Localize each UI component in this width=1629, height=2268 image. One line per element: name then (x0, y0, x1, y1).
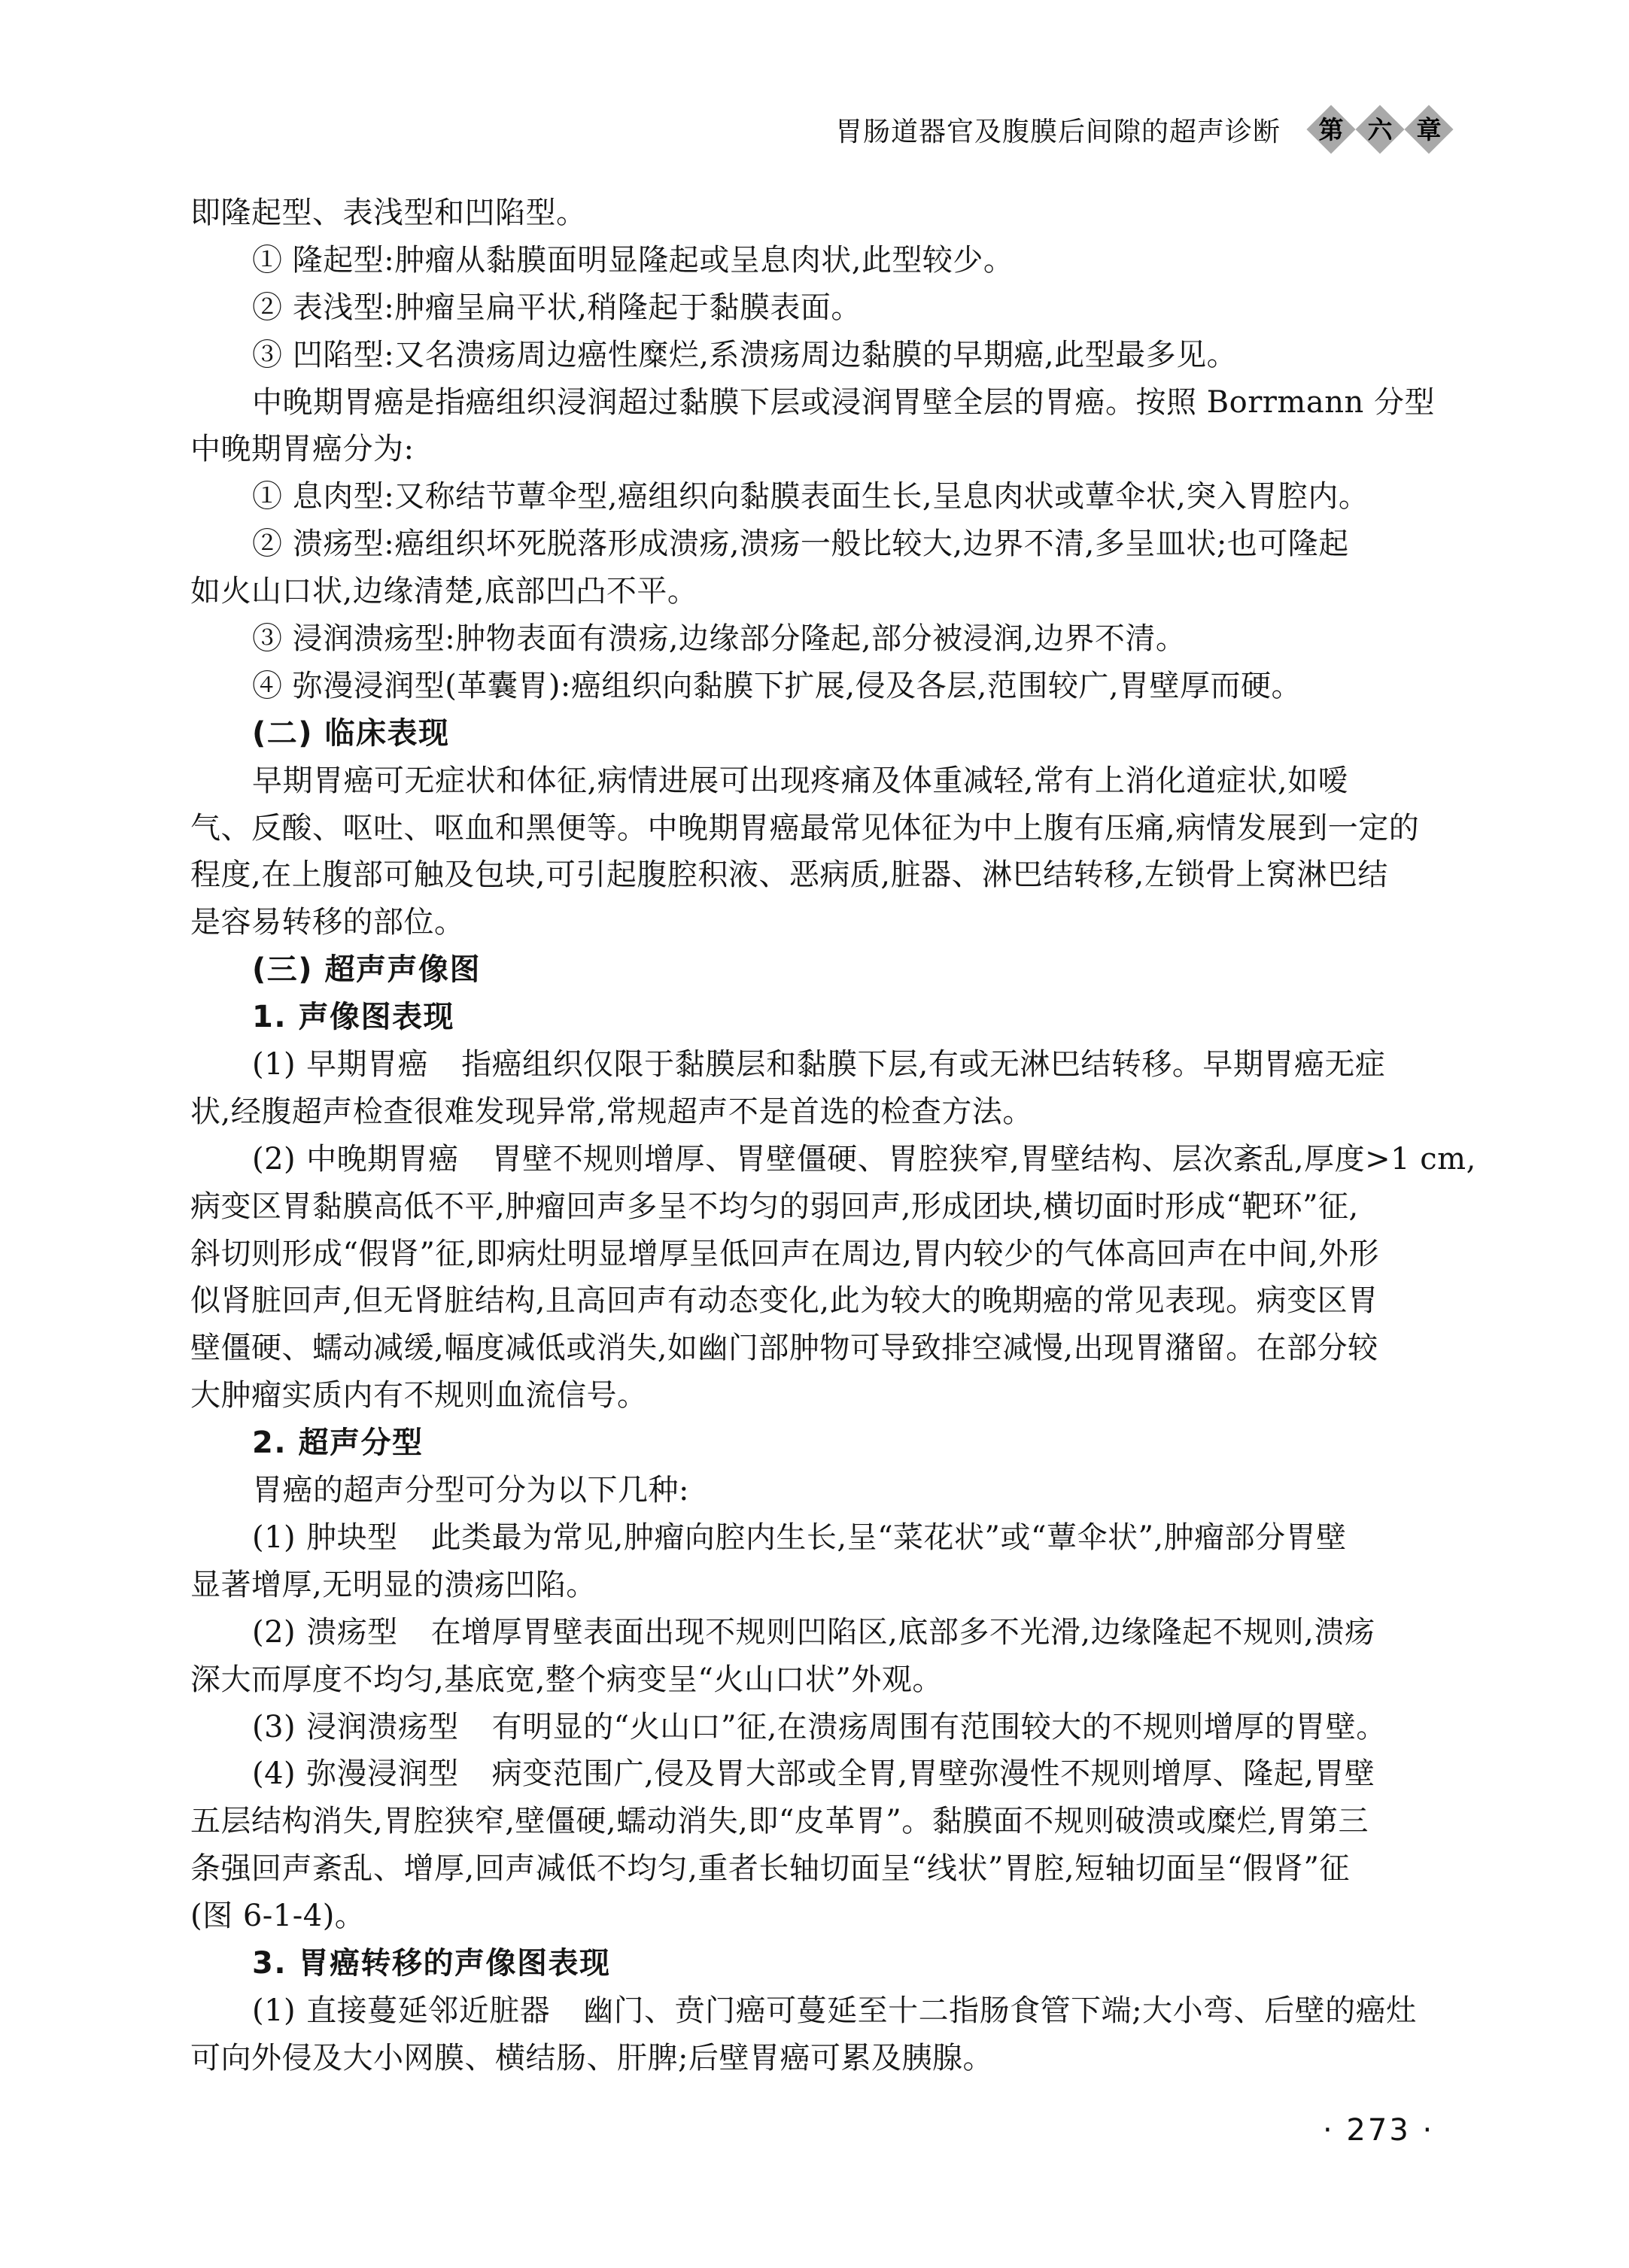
subsection-heading: 2. 超声分型 (190, 1419, 1474, 1467)
chapter-header-title: 胃肠道器官及腹膜后间隙的超声诊断 (835, 111, 1281, 149)
item-term: 弥漫浸润型 (306, 1756, 459, 1791)
chapter-diamond-char: 第 (1319, 117, 1344, 142)
item-marker: (4) (252, 1756, 296, 1791)
page-body-text: 即隆起型、表浅型和凹陷型。 ① 隆起型:肿瘤从黏膜面明显隆起或呈息肉状,此型较少… (190, 190, 1474, 2082)
item-marker: (1) (252, 1520, 296, 1555)
text-line: 胃癌的超声分型可分为以下几种: (190, 1467, 1474, 1514)
text-line: ③ 浸润溃疡型:肿物表面有溃疡,边缘部分隆起,部分被浸润,边界不清。 (190, 615, 1474, 663)
text-line: 似肾脏回声,但无肾脏结构,且高回声有动态变化,此为较大的晚期癌的常见表现。病变区… (190, 1277, 1474, 1325)
text-line: 深大而厚度不均匀,基底宽,整个病变呈“火山口状”外观。 (190, 1656, 1474, 1704)
text-line: 大肿瘤实质内有不规则血流信号。 (190, 1372, 1474, 1419)
text-line: 是容易转移的部位。 (190, 899, 1474, 946)
item-marker: (2) (252, 1615, 296, 1650)
section-heading: (三) 超声声像图 (190, 946, 1474, 994)
page-header: 胃肠道器官及腹膜后间隙的超声诊断 第 六 章 (835, 112, 1446, 147)
text-line: (图 6-1-4)。 (190, 1893, 1474, 1940)
text-line: (4)弥漫浸润型病变范围广,侵及胃大部或全胃,胃壁弥漫性不规则增厚、隆起,胃壁 (190, 1750, 1474, 1798)
text-line: 显著增厚,无明显的溃疡凹陷。 (190, 1562, 1474, 1609)
item-text: 病变范围广,侵及胃大部或全胃,胃壁弥漫性不规则增厚、隆起,胃壁 (492, 1756, 1375, 1791)
item-term: 浸润溃疡型 (306, 1710, 459, 1744)
text-line: 中晚期胃癌是指癌组织浸润超过黏膜下层或浸润胃壁全层的胃癌。按照 Borrmann… (190, 379, 1474, 427)
chapter-diamond-3: 章 (1404, 105, 1453, 153)
text-line: (1)早期胃癌指癌组织仅限于黏膜层和黏膜下层,有或无淋巴结转移。早期胃癌无症 (190, 1041, 1474, 1088)
text-line: ① 隆起型:肿瘤从黏膜面明显隆起或呈息肉状,此型较少。 (190, 237, 1474, 284)
chapter-diamond-1: 第 (1306, 105, 1355, 153)
chapter-diamond-2: 六 (1355, 105, 1404, 153)
text-line: ④ 弥漫浸润型(革囊胃):癌组织向黏膜下扩展,侵及各层,范围较广,胃壁厚而硬。 (190, 663, 1474, 710)
text-line: (1)直接蔓延邻近脏器幽门、贲门癌可蔓延至十二指肠食管下端;大小弯、后壁的癌灶 (190, 1987, 1474, 2035)
chapter-badge: 第 六 章 (1314, 112, 1446, 147)
item-marker: (1) (252, 1047, 296, 1082)
page-number: · 273 · (1323, 2108, 1434, 2153)
item-term: 直接蔓延邻近脏器 (306, 1993, 550, 2028)
text-line: 程度,在上腹部可触及包块,可引起腹腔积液、恶病质,脏器、淋巴结转移,左锁骨上窝淋… (190, 852, 1474, 899)
subsection-heading: 3. 胃癌转移的声像图表现 (190, 1940, 1474, 1987)
item-text: 胃壁不规则增厚、胃壁僵硬、胃腔狭窄,胃壁结构、层次紊乱,厚度>1 cm, (492, 1142, 1476, 1177)
item-term: 中晚期胃癌 (306, 1142, 459, 1177)
item-text: 指癌组织仅限于黏膜层和黏膜下层,有或无淋巴结转移。早期胃癌无症 (461, 1047, 1385, 1082)
text-line: 条强回声紊乱、增厚,回声减低不均匀,重者长轴切面呈“线状”胃腔,短轴切面呈“假肾… (190, 1845, 1474, 1893)
text-line: (3)浸润溃疡型有明显的“火山口”征,在溃疡周围有范围较大的不规则增厚的胃壁。 (190, 1704, 1474, 1751)
text-line: 可向外侵及大小网膜、横结肠、肝脾;后壁胃癌可累及胰腺。 (190, 2035, 1474, 2082)
item-marker: (1) (252, 1993, 296, 2028)
item-text: 此类最为常见,肿瘤向腔内生长,呈“菜花状”或“蕈伞状”,肿瘤部分胃壁 (431, 1520, 1347, 1555)
item-term: 溃疡型 (306, 1615, 398, 1650)
text-line: (1)肿块型此类最为常见,肿瘤向腔内生长,呈“菜花状”或“蕈伞状”,肿瘤部分胃壁 (190, 1514, 1474, 1562)
text-line: ② 表浅型:肿瘤呈扁平状,稍隆起于黏膜表面。 (190, 284, 1474, 332)
chapter-diamond-char: 章 (1417, 117, 1442, 142)
text-line: 斜切则形成“假肾”征,即病灶明显增厚呈低回声在周边,胃内较少的气体高回声在中间,… (190, 1231, 1474, 1278)
item-marker: (2) (252, 1142, 296, 1177)
text-line: (2)溃疡型在增厚胃壁表面出现不规则凹陷区,底部多不光滑,边缘隆起不规则,溃疡 (190, 1609, 1474, 1656)
text-line: 壁僵硬、蠕动减缓,幅度减低或消失,如幽门部肿物可导致排空减慢,出现胃潴留。在部分… (190, 1325, 1474, 1372)
chapter-diamond-char: 六 (1368, 117, 1393, 142)
text-line: 即隆起型、表浅型和凹陷型。 (190, 190, 1474, 237)
text-line: 如火山口状,边缘清楚,底部凹凸不平。 (190, 568, 1474, 615)
text-line: ① 息肉型:又称结节蕈伞型,癌组织向黏膜表面生长,呈息肉状或蕈伞状,突入胃腔内。 (190, 473, 1474, 521)
text-line: ② 溃疡型:癌组织坏死脱落形成溃疡,溃疡一般比较大,边界不清,多呈皿状;也可隆起 (190, 521, 1474, 568)
text-line: 早期胃癌可无症状和体征,病情进展可出现疼痛及体重减轻,常有上消化道症状,如嗳 (190, 758, 1474, 805)
text-line: 五层结构消失,胃腔狭窄,壁僵硬,蠕动消失,即“皮革胃”。黏膜面不规则破溃或糜烂,… (190, 1798, 1474, 1845)
text-line: ③ 凹陷型:又名溃疡周边癌性糜烂,系溃疡周边黏膜的早期癌,此型最多见。 (190, 332, 1474, 379)
item-text: 在增厚胃壁表面出现不规则凹陷区,底部多不光滑,边缘隆起不规则,溃疡 (431, 1615, 1375, 1650)
section-heading: (二) 临床表现 (190, 710, 1474, 758)
text-line: 状,经腹超声检查很难发现异常,常规超声不是首选的检查方法。 (190, 1088, 1474, 1136)
text-line: 中晚期胃癌分为: (190, 426, 1474, 473)
text-line: 气、反酸、呕吐、呕血和黑便等。中晚期胃癌最常见体征为中上腹有压痛,病情发展到一定… (190, 805, 1474, 852)
text-line: 病变区胃黏膜高低不平,肿瘤回声多呈不均匀的弱回声,形成团块,横切面时形成“靶环”… (190, 1183, 1474, 1231)
subsection-heading: 1. 声像图表现 (190, 994, 1474, 1041)
item-term: 肿块型 (306, 1520, 398, 1555)
item-text: 幽门、贲门癌可蔓延至十二指肠食管下端;大小弯、后壁的癌灶 (583, 1993, 1416, 2028)
item-text: 有明显的“火山口”征,在溃疡周围有范围较大的不规则增厚的胃壁。 (492, 1710, 1387, 1744)
item-term: 早期胃癌 (306, 1047, 428, 1082)
text-line: (2)中晚期胃癌胃壁不规则增厚、胃壁僵硬、胃腔狭窄,胃壁结构、层次紊乱,厚度>1… (190, 1136, 1474, 1183)
item-marker: (3) (252, 1710, 296, 1744)
